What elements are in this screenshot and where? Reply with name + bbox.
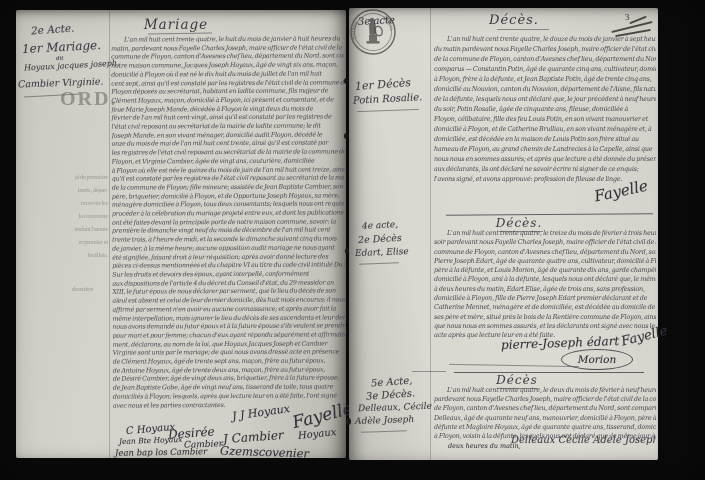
text-line: feuillets.: [46, 249, 108, 262]
text-line: al de première: [46, 171, 108, 184]
ghost-print-last: dernière: [72, 286, 93, 293]
text-line: que nous nous en sommes assurés, et les …: [434, 322, 656, 331]
page-number: 3: [625, 12, 630, 22]
text-line: hameau de Floyon, au grand chemin de Lan…: [434, 144, 656, 154]
right-margin-rule: [430, 8, 431, 460]
text-line: recevoir les: [46, 197, 108, 210]
ghost-print-lines: al de premièreinnés, dépar-recevoir lesl…: [46, 171, 108, 262]
text-line: Pierre Joseph Edart, âgé de quarante qua…: [434, 257, 656, 266]
title-underline: [148, 32, 212, 34]
right-page: 3 3e acte TIMBRE ROYAL 1er Décès Potin R…: [349, 8, 658, 460]
text-line: de Floyon, canton d'Avesnes chef lieu, d…: [434, 404, 656, 413]
text-line: L'an mil huit cent trente quatre, le deu…: [434, 386, 656, 395]
binding-mark: [346, 418, 351, 425]
text-line: domiciliée, est décédée en la maison de …: [434, 134, 656, 144]
text-line: du matin pardevant nous Fayelle Charles …: [434, 44, 656, 54]
signature-flourish: [449, 364, 579, 367]
margin-underline: [357, 109, 419, 112]
text-line: Floyon, célibataire, fille des feu Louis…: [434, 114, 656, 124]
text-line: Catherine Mennet, ménagère et de domicil…: [434, 303, 656, 312]
binding-mark: [344, 78, 348, 84]
text-line: innés, dépar-: [46, 184, 108, 197]
text-line: nous nous en sommes assurés; et après qu…: [434, 154, 656, 164]
death-act2-title: Décès.: [479, 216, 559, 230]
text-line: à deux heures du matin, Edart Elise, âgé…: [434, 285, 656, 294]
left-page: 2e Acte. 1er Mariage. dit Hoyaux jacques…: [16, 10, 346, 458]
margin-death1-name: Potin Rosalie.: [353, 92, 423, 107]
margin-underline: [361, 430, 407, 433]
margin-act5-number: 5e Acte,: [371, 376, 413, 390]
death-act3-title: Décès: [477, 373, 557, 387]
text-line: ses père et mère, situé près le bois de …: [434, 313, 656, 322]
text-line: de la défunte, lesquels nous ont déclaré…: [434, 94, 656, 104]
death-act1-body: L'an mil huit cent trente quatre, le dou…: [434, 34, 656, 184]
text-line: domicilié au Nouvion, canton du Nouvion,…: [434, 84, 656, 94]
margin-act-type: 1er Mariage.: [22, 38, 102, 56]
marriage-act-title: Mariage: [116, 17, 236, 33]
text-line: soir pardevant nous Fayelle Charles Jose…: [434, 238, 656, 247]
signature-morion: Morion: [578, 354, 617, 366]
margin-act4-number: 4e acte,: [362, 220, 399, 232]
binding-mark: [345, 248, 349, 254]
text-line: père à la défunte, et Louis Morion, âgé …: [434, 266, 656, 275]
text-line: er premier et: [46, 236, 108, 249]
death-act3-tail-small: deux heures du matin,: [448, 442, 521, 450]
death-act3-deceased-name: Delleaux Cécile Adèle Joseph, âgé: [511, 435, 656, 446]
death-act1-title: Décès.: [469, 13, 559, 28]
binding-mark: [344, 133, 348, 139]
margin-act-number: 2e Acte.: [31, 22, 75, 37]
text-line: domicilié à Floyon, ami à la défunte, le…: [434, 275, 656, 284]
text-line: à Floyon, frère à la défunte, et Jean Ba…: [434, 74, 656, 84]
ghost-ord-text: ORD.: [60, 88, 117, 111]
text-line: comparus — Constantin Potin, âgé de quar…: [434, 64, 656, 74]
title-underline: [497, 29, 549, 30]
margin-death3-name1: Delleaux, Cécile: [358, 402, 432, 415]
left-margin-rule: [109, 10, 110, 458]
text-line: la commune: [46, 210, 108, 223]
margin-underline: [359, 262, 399, 264]
text-line: domiciliés à Floyon; lesquels, après que…: [113, 392, 346, 402]
text-line: défunte et Magloire Hoyaux, âgé de quara…: [434, 423, 656, 432]
text-line: de la commune de Floyon, canton d'Avesne…: [434, 54, 656, 64]
text-line: domiciliée à Floyon, fille de Pierre Jos…: [434, 294, 656, 303]
text-line: Delleaux, âgé de quarante neuf ans, mano…: [434, 414, 656, 423]
act-separator-stub: [412, 371, 446, 372]
signature-jean-bap-cambier: Jean bap los Cambier: [115, 447, 207, 459]
text-line: L'an mil huit cent trente quatre, le tre…: [434, 229, 656, 238]
register-scan: 2e Acte. 1er Mariage. dit Hoyaux jacques…: [0, 0, 705, 480]
text-line: endant l'année: [46, 223, 108, 236]
margin-groom-name: Hoyaux jacques joseph,: [24, 59, 120, 73]
margin-death1-label: 1er Décès: [355, 76, 412, 93]
signature-scrawl: Gzemscovenier: [220, 443, 309, 460]
margin-death3-label: 3e Décès.: [366, 388, 416, 402]
text-line: L'an mil huit cent trente quatre, le dou…: [434, 34, 656, 44]
death-act3-body: L'an mil huit cent trente quatre, le deu…: [434, 386, 656, 441]
margin-death2-name: Edart, Elise: [355, 247, 409, 259]
text-line: pardevant nous Fayelle Charles Joseph, m…: [434, 395, 656, 404]
marriage-act-body: L'an mil huit cent trente quatre, le hui…: [111, 35, 346, 410]
text-line: commune de Floyon, canton d'Avesnes chef…: [434, 248, 656, 257]
text-line: domicilié à Floyon, et de Catherine Brul…: [434, 124, 656, 134]
text-line: du soir, Potin Rosalie, âgée de cinquant…: [434, 104, 656, 114]
margin-death3-name2: Adèle Joseph: [355, 415, 415, 427]
text-line: aux déclarants, ils ont déclaré ne savoi…: [434, 164, 656, 174]
death-act2-body: L'an mil huit cent trente quatre, le tre…: [434, 229, 656, 341]
margin-act3-number: 3e acte: [358, 15, 395, 28]
margin-death2-label: 2e Décès: [358, 233, 402, 246]
